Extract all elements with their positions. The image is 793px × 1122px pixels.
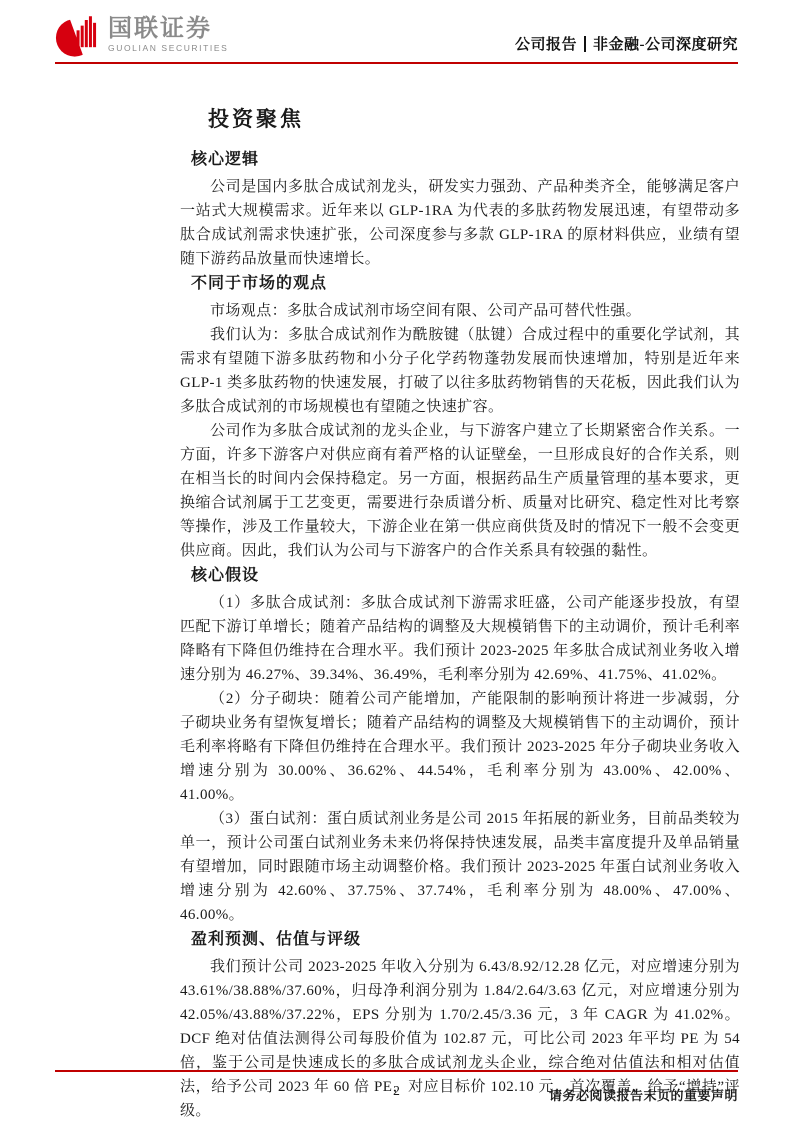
footer-disclaimer: 请务必阅读报告末页的重要声明	[549, 1085, 738, 1104]
page-title: 投资聚焦	[208, 104, 740, 134]
guolian-logo: 国联证券 GUOLIAN SECURITIES	[55, 12, 228, 58]
logo-company-name: 国联证券	[108, 17, 228, 41]
section-heading-core-logic: 核心逻辑	[191, 147, 740, 172]
report-body: 投资聚焦 核心逻辑 公司是国内多肽合成试剂龙头，研发实力强劲、产品种类齐全，能够…	[180, 104, 740, 1122]
page-header: 国联证券 GUOLIAN SECURITIES 公司报告 非金融-公司深度研究	[55, 0, 738, 64]
section-heading-forecast-valuation: 盈利预测、估值与评级	[191, 927, 740, 952]
paragraph-assumption-protein-reagent: （3）蛋白试剂：蛋白质试剂业务是公司 2015 年拓展的新业务，目前品类较为单一…	[180, 807, 740, 927]
report-type-label: 公司报告	[515, 33, 577, 54]
logo-text-block: 国联证券 GUOLIAN SECURITIES	[108, 17, 228, 53]
guolian-logo-icon	[55, 12, 100, 58]
section-heading-market-view: 不同于市场的观点	[191, 271, 740, 296]
paragraph-market-view-1: 市场观点：多肽合成试剂市场空间有限、公司产品可替代性强。	[180, 299, 740, 323]
paragraph-assumption-peptide-reagent: （1）多肽合成试剂：多肽合成试剂下游需求旺盛，公司产能逐步投放，有望匹配下游订单…	[180, 591, 740, 687]
paragraph-core-logic-1: 公司是国内多肽合成试剂龙头，研发实力强劲、产品种类齐全，能够满足客户一站式大规模…	[180, 175, 740, 271]
section-heading-core-assumptions: 核心假设	[191, 563, 740, 588]
header-divider	[584, 36, 586, 52]
logo-company-subtitle: GUOLIAN SECURITIES	[108, 44, 228, 53]
report-page: 国联证券 GUOLIAN SECURITIES 公司报告 非金融-公司深度研究 …	[0, 0, 793, 1122]
report-classification: 公司报告 非金融-公司深度研究	[515, 33, 738, 58]
paragraph-market-view-2: 我们认为：多肽合成试剂作为酰胺键（肽键）合成过程中的重要化学试剂，其需求有望随下…	[180, 323, 740, 419]
paragraph-assumption-molecular-block: （2）分子砌块：随着公司产能增加，产能限制的影响预计将进一步减弱，分子砌块业务有…	[180, 687, 740, 807]
report-category-label: 非金融-公司深度研究	[593, 33, 738, 54]
footer-rule	[55, 1070, 738, 1072]
paragraph-market-view-3: 公司作为多肽合成试剂的龙头企业，与下游客户建立了长期紧密合作关系。一方面，许多下…	[180, 419, 740, 563]
